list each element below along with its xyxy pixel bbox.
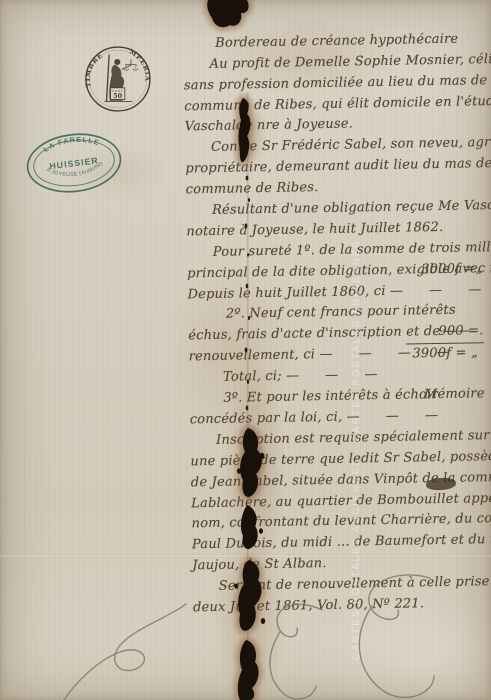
timbre-imperial-stamp: TIMBRE IMPERIAL CENT 50 bbox=[84, 44, 152, 114]
watermark-text: CARTES POSTALES ANCIENNES · CARTES POSTA… bbox=[351, 226, 368, 660]
stamp-50-label: 50 bbox=[113, 92, 122, 100]
line-text: deux Juillet 1861, Vol. 80, Nº 221. bbox=[193, 596, 424, 615]
stamp-text-timbre: TIMBRE bbox=[84, 51, 105, 88]
line-amount: 3900f = „ bbox=[406, 342, 484, 365]
line-amount: Mémoire bbox=[424, 384, 485, 406]
huissier-stamp: LA FARELLE HUISSIER À JOYEUSE (Ardèche) bbox=[20, 123, 128, 203]
manuscript-text: Bordereau de créance hypothécaire Au pro… bbox=[148, 8, 491, 599]
svg-text:TIMBRE: TIMBRE bbox=[84, 51, 105, 88]
document-page: TIMBRE IMPERIAL CENT 50 bbox=[0, 0, 491, 700]
line-amount: 3000f =„ bbox=[421, 259, 483, 281]
fold-crease bbox=[0, 554, 491, 558]
line-amount: 900 =. bbox=[438, 322, 484, 344]
stamp-value: CENT 50 bbox=[111, 88, 125, 100]
